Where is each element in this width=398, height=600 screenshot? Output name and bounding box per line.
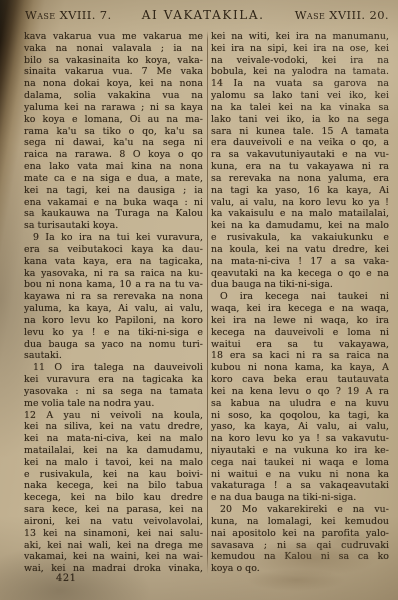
text-line: sa kabua na uludra e na kuvu: [211, 398, 389, 410]
text-line: ra sa vakavutuniyautaki e na vu-: [211, 149, 389, 161]
text-line: sinaita vakarua vua. 7 Me vaka: [24, 66, 203, 78]
text-line: 11 O ira talega na dauveivoli: [24, 362, 203, 374]
text-line: cega nai taukei ni waqa e loma: [211, 457, 389, 469]
page-title: AI VAKATAKILA.: [142, 8, 265, 22]
text-line: sautaki.: [24, 350, 203, 362]
text-line: era dauveivoli e na veika o qo, a: [211, 137, 389, 149]
text-line: yaluma kei na rarawa ; ni sa kaya: [24, 102, 203, 114]
text-line: ka vakaisulu e na malo matailalai,: [211, 208, 389, 220]
text-line: koya o qo.: [211, 563, 389, 575]
text-line: kemudou na Kalou ni sa ca ko: [211, 551, 389, 563]
text-line: kei na kena levu o qo ? 19 A ra: [211, 386, 389, 398]
text-line: 20 Mo vakarekireki e na vu-: [211, 504, 389, 516]
text-line: bilo sa vakasinaita ko koya, vaka-: [24, 55, 203, 67]
header-right-reference: Wase XVIII. 20.: [295, 8, 389, 22]
text-line: sega ni dawai, ka'u na sega ni: [24, 137, 203, 149]
text-line: kecega na dauveivoli e loma ni: [211, 327, 389, 339]
text-line: aki, kei nai wali, kei na drega me: [24, 540, 203, 552]
text-line: ni waitui e na vuku ni nona ka: [211, 469, 389, 481]
text-line: ka yasovaka, ni ra sa raica na ku-: [24, 268, 203, 280]
text-line: vakaturaga ! a sa vakaqeavutaki: [211, 480, 389, 492]
text-line: kei na malo i tavoi, kei na malo: [24, 457, 203, 469]
text-line: e rusivakula, kei na kau boivi-: [24, 469, 203, 481]
text-line: lako tani vei iko, ia ko na sega: [211, 114, 389, 126]
text-line: era sa veibutakoci kaya ka dau-: [24, 244, 203, 256]
text-line: mate ca e na siga e dua, a mate,: [24, 173, 203, 185]
text-line: O ira kecega nai taukei ni: [211, 291, 389, 303]
text-line: niyautaki e na vukuna ko ira ke-: [211, 445, 389, 457]
text-line: qeavutaki na ka kecega o qo e na: [211, 268, 389, 280]
text-line: kuna, na lomalagi, kei kemudou: [211, 516, 389, 528]
text-line: kana vata kaya, era na tagicaka,: [24, 256, 203, 268]
text-line: bobula, kei na yalodra na tamata.: [211, 66, 389, 78]
text-line: kei ira na sipi, kei ira na ose, kei: [211, 43, 389, 55]
page-header: Wase XVIII. 7. AI VAKATAKILA. Wase XVIII…: [25, 8, 389, 22]
text-line: vaka na nonai valavala ; ia na: [24, 43, 203, 55]
text-line: aironi, kei na vatu veivolavolai,: [24, 516, 203, 528]
text-line: waqa, kei ira kecega e na waqa,: [211, 303, 389, 315]
text-line: ko koya e lomana, Oi au na ma-: [24, 114, 203, 126]
text-line: naka kecega, kei na bilo tabua: [24, 480, 203, 492]
text-line: kuna, era na tu vakayawa ni ra: [211, 161, 389, 173]
text-line: sara ni kunea tale. 15 A tamata: [211, 126, 389, 138]
text-line: 18 era sa kaci ni ra sa raica na: [211, 350, 389, 362]
text-line: kei vuravura era na tagicaka ka: [24, 374, 203, 386]
text-line: yalomu sa lako tani vei iko, kei: [211, 90, 389, 102]
text-line: sara kece, kei na parasa, kei na: [24, 504, 203, 516]
text-line: kei na witi, kei ira na manumanu,: [211, 31, 389, 43]
text-line: e na dua bauga na tiki-ni-siga.: [211, 492, 389, 504]
text-line: sa turisautaki koya.: [24, 220, 203, 232]
text-line: sa kaukauwa na Turaga na Kalou: [24, 208, 203, 220]
text-line: kei ira na lewe ni waqa, ko ira: [211, 315, 389, 327]
text-line: sa rerevaka na nona yaluma, era: [211, 173, 389, 185]
text-line: na veivale-vodoki, kei ira na: [211, 55, 389, 67]
text-line: 9 Ia ko ira na tui kei vuravura,: [24, 232, 203, 244]
text-line: 12 A yau ni veivoli na koula,: [24, 410, 203, 422]
text-line: na koro levu ko Papiloni, na koro: [24, 315, 203, 327]
scanned-book-page: Wase XVIII. 7. AI VAKATAKILA. Wase XVIII…: [0, 0, 398, 600]
text-line: kei na siliva, kei na vatu dredre,: [24, 421, 203, 433]
text-line: e rusivakula, ka vakaiukunku e: [211, 232, 389, 244]
text-line: koro cava beka erau tautauvata: [211, 374, 389, 386]
text-line: matailalai, kei na ka damudamu,: [24, 445, 203, 457]
text-line: rama ka'u sa tiko o qo, ka'u sa: [24, 126, 203, 138]
text-line: na mata-ni-civa ! 17 a sa vaka-: [211, 256, 389, 268]
text-line: dua bauga sa yaco na nomu turi-: [24, 339, 203, 351]
text-line: na nona dokai koya, kei na nona: [24, 78, 203, 90]
header-left-reference: Wase XVIII. 7.: [25, 8, 112, 22]
text-line: dalama, solia vakakina vua na: [24, 90, 203, 102]
text-line: valu, ai valu, na koro levu ko ya !: [211, 197, 389, 209]
text-line: kubou ni nona kama, ka kaya, A: [211, 362, 389, 374]
text-line: vakamai, kei na waini, kei na wai-: [24, 551, 203, 563]
text-line: yaluma, ka kaya, Ai valu, ai valu,: [24, 303, 203, 315]
text-line: kecega, kei na bilo kau dredre: [24, 492, 203, 504]
text-line: yaso, ka kaya, Ai valu, ai valu,: [211, 421, 389, 433]
text-line: na koula, kei na vatu dredre, kei: [211, 244, 389, 256]
left-column: kava vakarua vua me vakarua mevaka na no…: [24, 31, 203, 588]
text-line: levu ko ya ! e na tiki-ni-siga e: [24, 327, 203, 339]
text-line: dua bauga na tiki-ni-siga.: [211, 279, 389, 291]
text-columns: kava vakarua vua me vakarua mevaka na no…: [24, 31, 389, 588]
text-line: waitui era sa tu vakayawa,: [211, 339, 389, 351]
text-line: 14 Ia na vuata sa garova na: [211, 78, 389, 90]
text-line: 13 kei na sinamoni, kei nai salu-: [24, 528, 203, 540]
text-line: ni soso, ka qoqolou, ka tagi, ka: [211, 410, 389, 422]
text-line: me volia tale na nodra yau.: [24, 398, 203, 410]
text-line: na tagi ka yaso, 16 ka kaya, Ai: [211, 185, 389, 197]
column-divider-rule: [207, 31, 208, 574]
text-line: wai, kei na madrai droka vinaka,: [24, 563, 203, 575]
text-line: ena lako vata mai kina na nona: [24, 161, 203, 173]
text-line: kei na mata-ni-civa, kei na malo: [24, 433, 203, 445]
text-line: yasovaka : ni sa sega na tamata: [24, 386, 203, 398]
text-line: na ka talei kei na ka vinaka sa: [211, 102, 389, 114]
text-line: kava vakarua vua me vakarua me: [24, 31, 203, 43]
text-line: ena vakamai e na buka waqa : ni: [24, 197, 203, 209]
text-line: na koro levu ko ya ! sa vakavutu-: [211, 433, 389, 445]
text-line: kayawa ni ra sa rerevaka na nona: [24, 291, 203, 303]
text-line: savasava ; ni sa qai cudruvaki: [211, 540, 389, 552]
text-line: kei na ka damudamu, kei na malo: [211, 220, 389, 232]
text-line: raica na rarawa. 8 O koya o qo: [24, 149, 203, 161]
text-line: kei na tagi, kei na dausiga ; ia: [24, 185, 203, 197]
page-number: 421: [56, 573, 77, 584]
text-line: nai apositolo kei na parofita yalo-: [211, 528, 389, 540]
text-line: bou ni nona kama, 10 a ra na tu va-: [24, 279, 203, 291]
right-column: kei na witi, kei ira na manumanu,kei ira…: [211, 31, 389, 588]
